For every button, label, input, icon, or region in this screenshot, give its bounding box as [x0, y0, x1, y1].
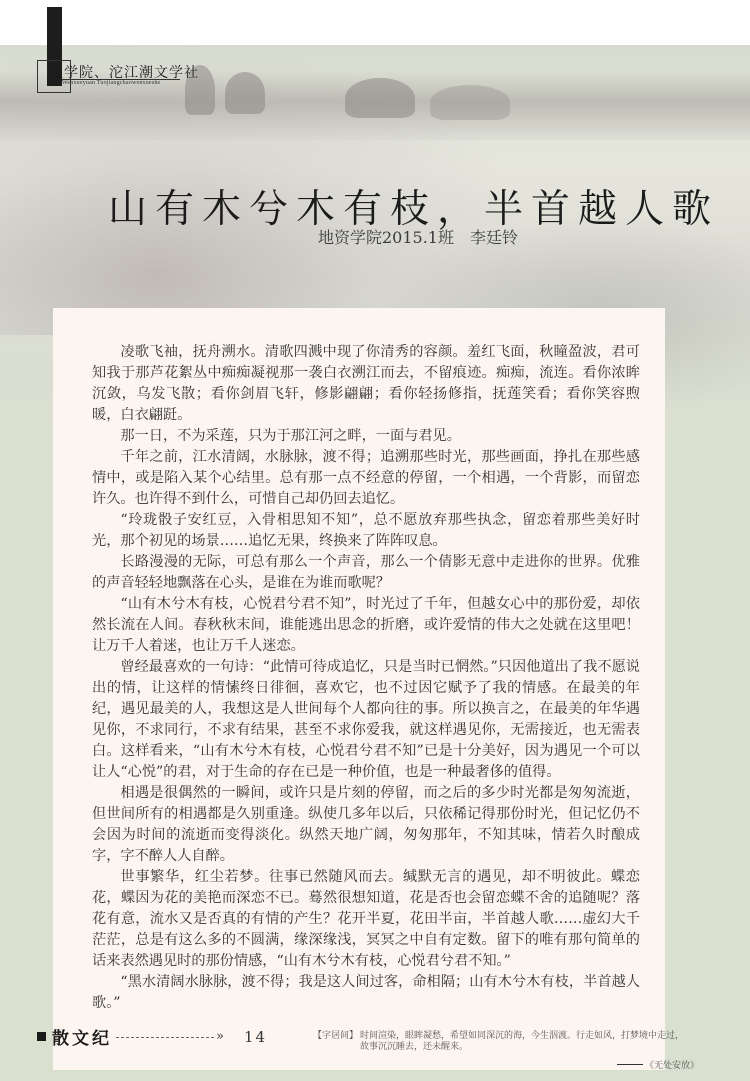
quote-source-title: 《无处安放》 — [645, 1058, 699, 1071]
paragraph: “黑水清阔水脉脉，渡不得；我是这人间过客，命相隔；山有木兮木有枝，半首越人歌。” — [92, 972, 640, 1014]
dotted-leader — [116, 1037, 214, 1038]
article-body: 凌歌飞袖，抚舟溯水。清歌四溅中现了你清秀的容颜。羞红飞面，秋瞳盈波，君可知我于那… — [92, 342, 640, 1014]
paragraph: 曾经最喜欢的一句诗：“此情可待成追忆，只是当时已惘然。”只因他道出了我不愿说出的… — [92, 657, 640, 783]
square-icon — [37, 1032, 46, 1041]
footer-column-marker: 散文纪 » 14 — [37, 1024, 267, 1049]
paragraph: “玲珑骰子安红豆，入骨相思知不知”，总不愿放弃那些执念，留恋着那些美好时光，那个… — [92, 510, 640, 552]
paragraph: 长路漫漫的无际，可总有那么一个声音，那么一个倩影无意中走进你的世界。优雅的声音轻… — [92, 552, 640, 594]
quote-source: 《无处安放》 — [617, 1058, 699, 1071]
article-author: 地资学院2015.1班 李廷铃 — [318, 225, 518, 248]
footer-quote: 【字居间】时间渲染，眼眸凝愁，希望如同深沉的海，今生泅渡。行走如风，打梦境中走过… — [313, 1031, 733, 1053]
em-dash-line — [617, 1064, 643, 1065]
tree-silhouette — [345, 78, 415, 118]
paragraph: 千年之前，江水清阔，水脉脉，渡不得；追溯那些时光，那些画面，挣扎在那些感情中，或… — [92, 447, 640, 510]
tree-silhouette — [225, 72, 265, 114]
paragraph: “山有木兮木有枝，心悦君兮君不知”，时光过了千年，但越女心中的那份爱，却依然长流… — [92, 594, 640, 657]
paragraph: 世事繁华，红尘若梦。往事已然随风而去。缄默无言的遇见，却不明彼此。蝶恋花，蝶因为… — [92, 867, 640, 972]
page-number: 14 — [244, 1028, 267, 1046]
quote-text-2: 故事沉沉睡去，还未醒来。 — [313, 1042, 733, 1053]
tree-silhouette — [430, 85, 510, 120]
double-chevron-icon: » — [216, 1029, 224, 1044]
quote-line-1: 【字居间】时间渲染，眼眸凝愁，希望如同深沉的海，今生泅渡。行走如风，打梦境中走过… — [313, 1031, 733, 1042]
column-name: 散文纪 — [52, 1024, 112, 1049]
paragraph: 那一日，不为采莲，只为于那江河之畔，一面与君见。 — [92, 426, 640, 447]
paragraph: 凌歌飞袖，抚舟溯水。清歌四溅中现了你清秀的容颜。羞红飞面，秋瞳盈波，君可知我于那… — [92, 342, 640, 426]
quote-text-1: 时间渲染，眼眸凝愁，希望如同深沉的海，今生泅渡。行走如风，打梦境中走过， — [360, 1031, 684, 1041]
paragraph: 相遇是很偶然的一瞬间，或许只是片刻的停留，而之后的多少时光都是匆匆流逝，但世间所… — [92, 783, 640, 867]
quote-label: 【字居间】 — [313, 1031, 358, 1041]
section-pinyin: Wenxueyuan Tuojiangchaowenxueshe — [62, 80, 160, 86]
